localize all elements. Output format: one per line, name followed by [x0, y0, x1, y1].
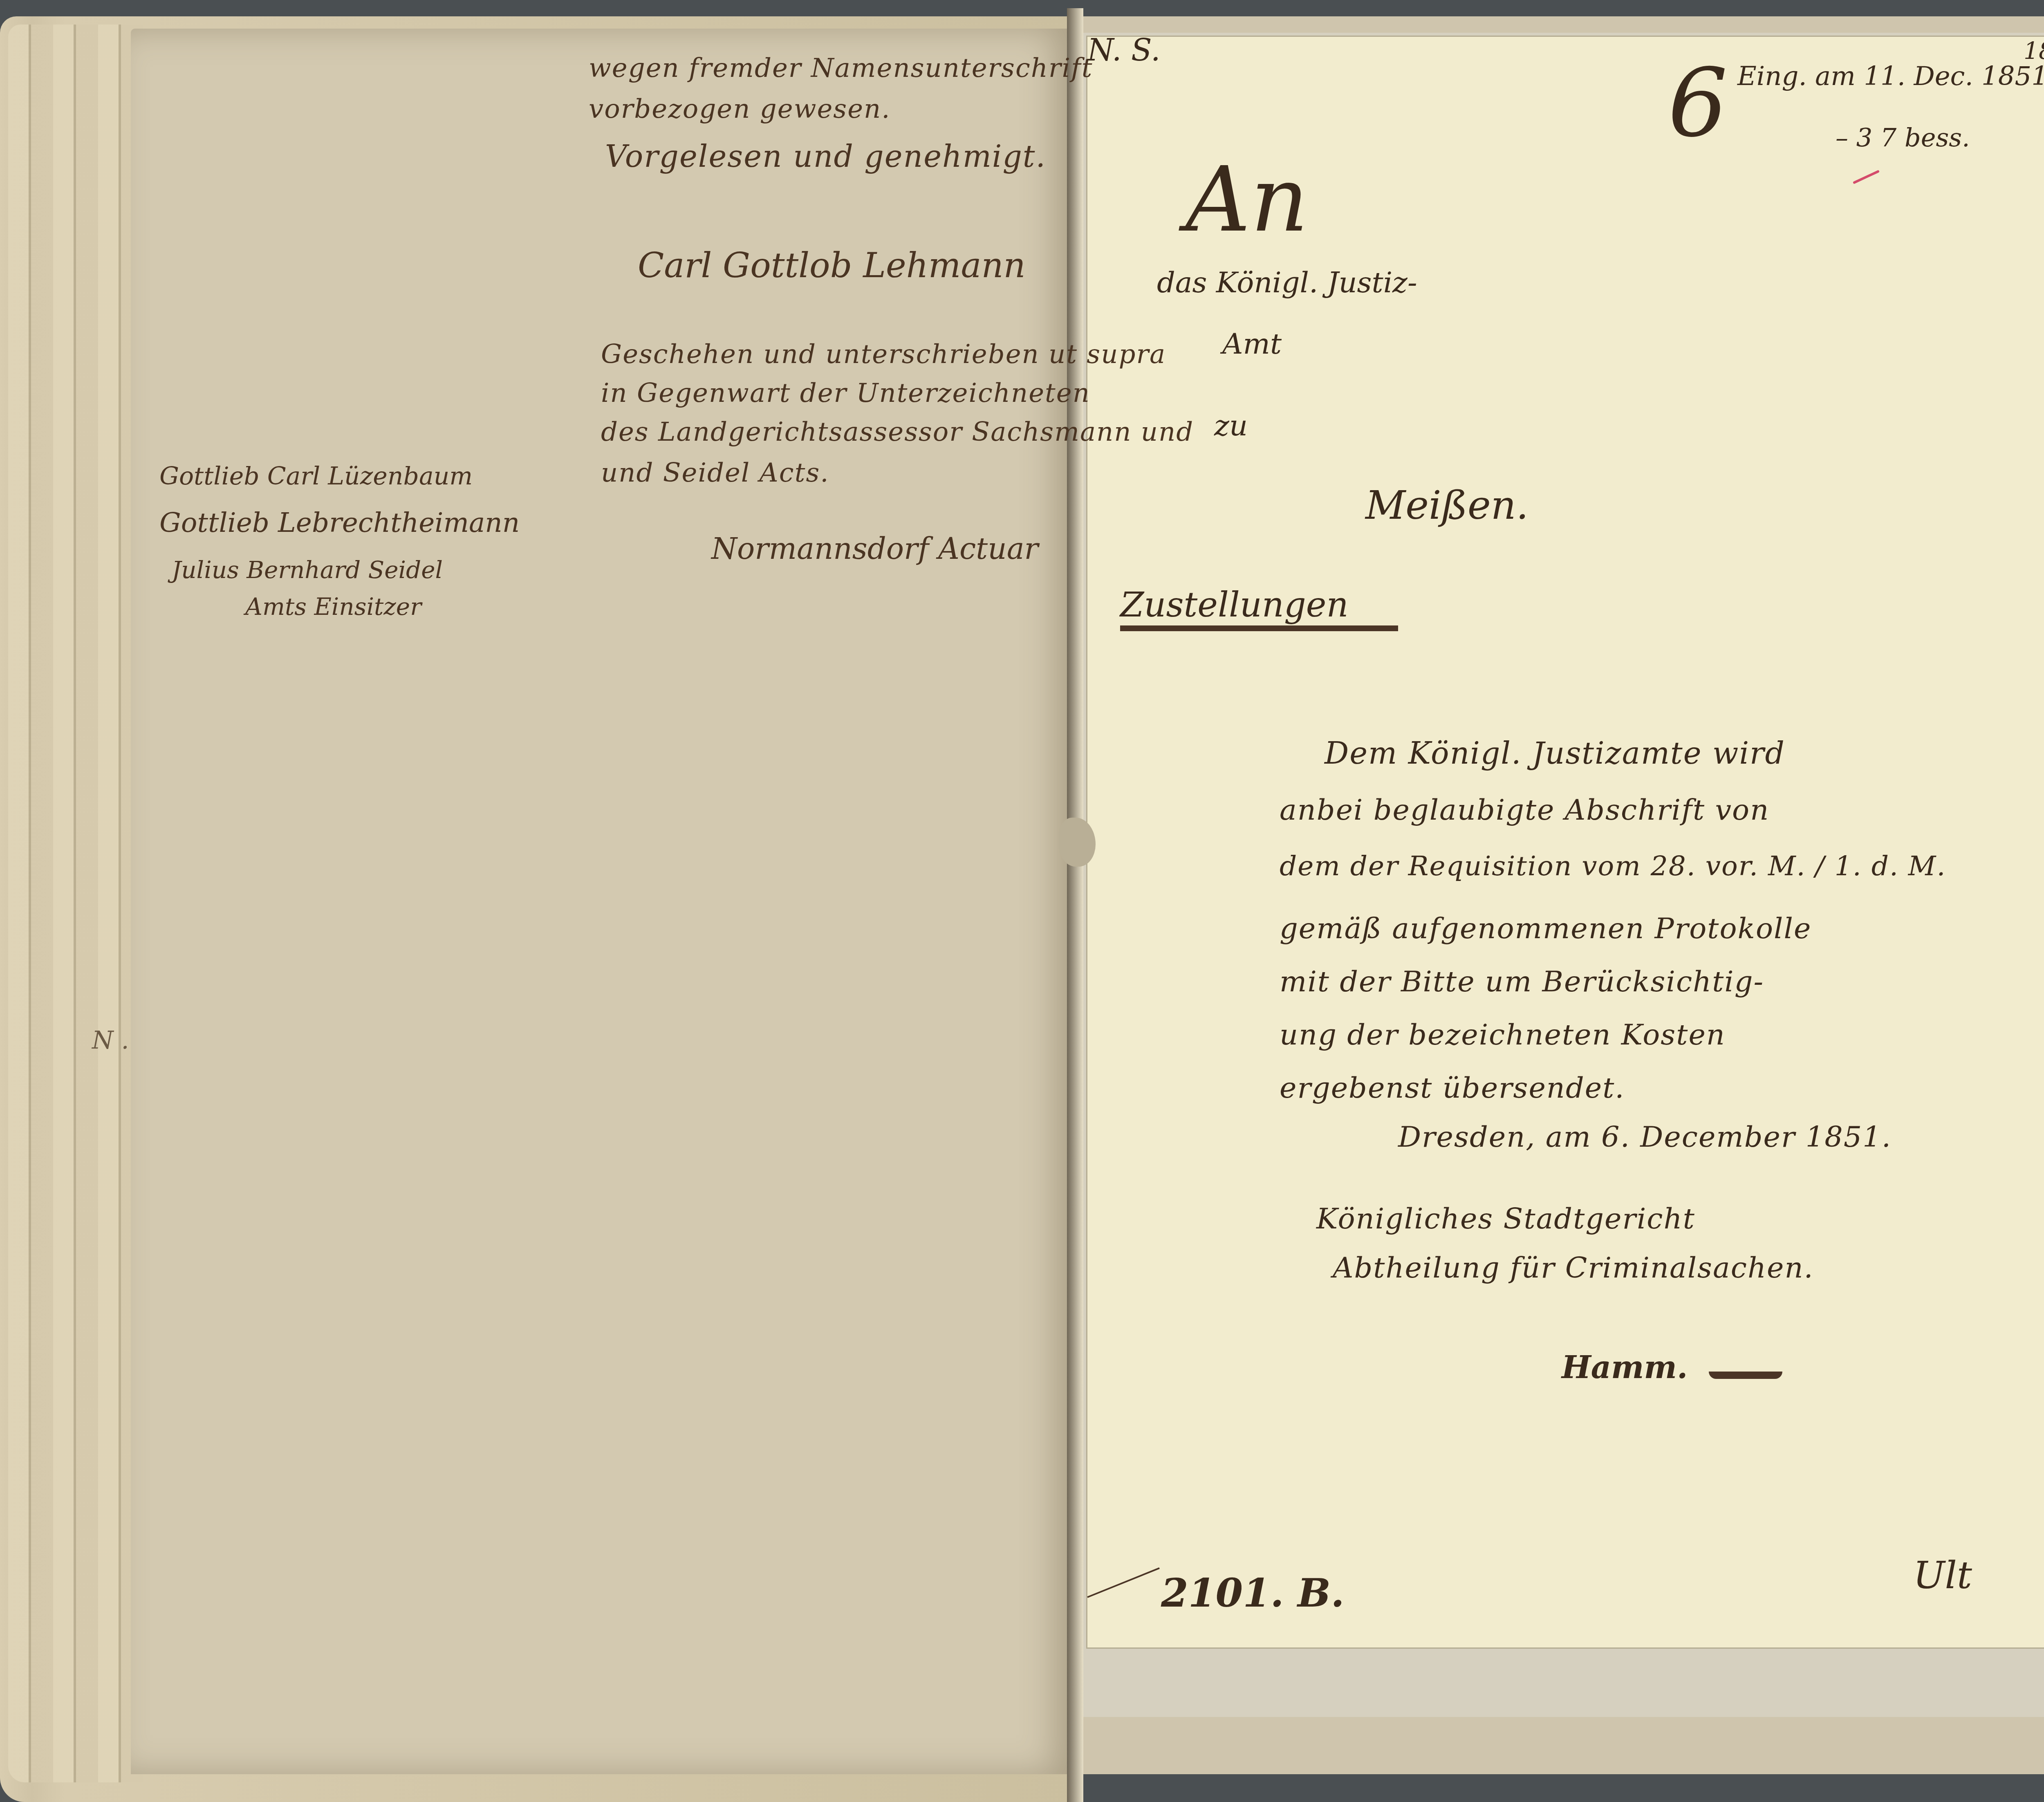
address-line-3: Amt [1222, 327, 1282, 361]
body-line-1: Dem Königl. Justizamte wird [1325, 736, 1785, 771]
left-line-6: in Gegenwart der Unterzeichneten [601, 378, 1090, 408]
margin-signature-4: Amts Einsitzer [245, 593, 421, 621]
corner-mark: N. S. [1087, 33, 1161, 68]
left-line-8: und Seidel Acts. [601, 458, 829, 488]
address-line-2: das Königl. Justiz- [1157, 266, 1417, 299]
body-line-7: ergebenst übersendet. [1280, 1071, 1625, 1105]
sender-line-2: Abtheilung für Criminalsachen. [1333, 1251, 1814, 1284]
folio-number: 18. [2024, 37, 2044, 65]
margin-signature-2: Gottlieb Lebrechtheimann [159, 507, 520, 538]
margin-signature-3: Julius Bernhard Seidel [172, 556, 443, 584]
book-gutter [1067, 8, 1083, 1802]
left-line-1: wegen fremder Namensunterschrift [589, 53, 1093, 83]
left-page-edges [8, 25, 143, 1782]
receipt-letter: 6 [1668, 49, 1728, 158]
body-line-3: dem der Requisition vom 28. vor. M. / 1.… [1280, 850, 1946, 882]
address-city: Meißen. [1365, 482, 1529, 528]
left-line-2: vorbezogen gewesen. [589, 94, 891, 124]
file-reference: 2101. B. [1161, 1570, 1345, 1616]
body-line-6: ung der bezeichneten Kosten [1280, 1018, 1726, 1051]
body-line-5: mit der Bitte um Berücksichtig- [1280, 965, 1764, 998]
margin-signature-1: Gottlieb Carl Lüzenbaum [159, 462, 473, 491]
address-line-4: zu [1214, 409, 1248, 442]
left-signature-lehmann: Carl Gottlob Lehmann [638, 245, 1026, 285]
date-line: Dresden, am 6. December 1851. [1398, 1120, 1892, 1154]
left-line-3: Vorgelesen und genehmigt. [605, 139, 1046, 174]
left-margin-mark: N . [92, 1026, 129, 1055]
signature: Hamm. [1562, 1349, 1688, 1385]
left-line-7: des Landgerichtsassessor Sachsmann und [601, 417, 1194, 447]
bottom-right-mark: Ult [1913, 1553, 1972, 1597]
body-line-4: gemäß aufgenommenen Protokolle [1280, 912, 1811, 945]
left-page [131, 29, 1071, 1774]
sender-line-1: Königliches Stadtgericht [1316, 1202, 1695, 1235]
left-line-5: Geschehen und unterschrieben ut supra [601, 339, 1166, 370]
receipt-note-1: Eing. am 11. Dec. 1851 [1737, 61, 2044, 92]
subject: Zustellungen [1120, 585, 1349, 625]
left-signature-actuar: Normannsdorf Actuar [711, 531, 1038, 566]
body-line-2: anbei beglaubigte Abschrift von [1280, 793, 1769, 827]
address-an: An [1186, 147, 1309, 252]
receipt-note-2: – 3 7 bess. [1836, 123, 1970, 152]
signature-flourish [1709, 1372, 1782, 1379]
subject-underline [1120, 625, 1398, 631]
